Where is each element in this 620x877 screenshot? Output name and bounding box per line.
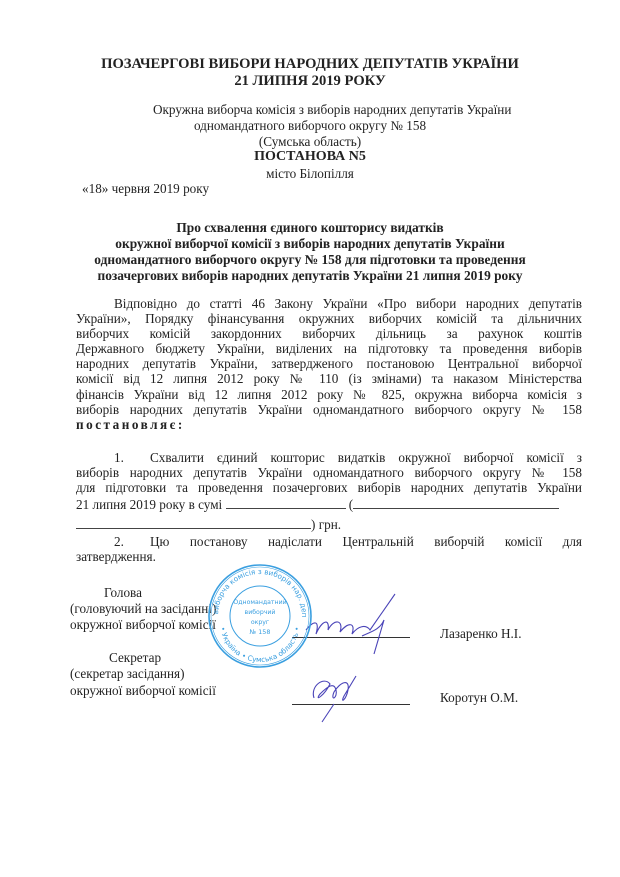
official-stamp-icon: Окружна виборча комісія з виборів нар. д… bbox=[206, 562, 314, 670]
item-text: Цю постанову надіслати Центральній вибор… bbox=[150, 534, 582, 549]
head-signature-icon bbox=[300, 590, 410, 660]
election-date-title: 21 ЛИПНЯ 2019 РОКУ bbox=[0, 73, 620, 90]
subject-line: позачергових виборів народних депутатів … bbox=[0, 268, 620, 284]
item-line: виборів народних депутатів України одном… bbox=[76, 465, 582, 480]
document-date: «18» червня 2019 року bbox=[82, 181, 209, 197]
amount-suffix: ) грн. bbox=[311, 517, 341, 532]
city: місто Білопілля bbox=[0, 166, 620, 182]
region-name: (Сумська область) bbox=[0, 134, 620, 150]
resolution-item-2: 2.Цю постанову надіслати Центральній виб… bbox=[76, 534, 582, 564]
preamble-line: комісії від 12 липня 2012 року № 110 (із… bbox=[76, 371, 582, 386]
svg-text:№ 158: № 158 bbox=[249, 628, 271, 636]
election-title: ПОЗАЧЕРГОВІ ВИБОРИ НАРОДНИХ ДЕПУТАТІВ УК… bbox=[0, 56, 620, 73]
head-subtitle: (головуючий на засіданні) bbox=[70, 601, 216, 617]
commission-name: Окружна виборча комісія з виборів народн… bbox=[153, 102, 511, 118]
amount-words-field-continued[interactable] bbox=[76, 515, 311, 529]
amount-line: 21 липня 2019 року в сумі ( bbox=[76, 495, 559, 513]
secretary-name: Коротун О.М. bbox=[440, 690, 518, 706]
district-name: одномандатного виборчого округу № 158 bbox=[0, 118, 620, 134]
secretary-signature-icon bbox=[300, 668, 380, 728]
preamble-line: фінансів України від 12 липня 2012 року … bbox=[76, 387, 582, 402]
secretary-body: окружної виборчої комісії bbox=[70, 683, 216, 699]
item-line: затвердження. bbox=[76, 549, 582, 564]
subject-line: Про схвалення єдиного кошторису видатків bbox=[0, 220, 620, 236]
item-number: 2. bbox=[114, 534, 150, 549]
amount-words-line-2: ) грн. bbox=[76, 515, 341, 533]
head-title: Голова bbox=[104, 585, 142, 601]
item-line: для підготовки та проведення позачергови… bbox=[76, 480, 582, 495]
preamble-line: виборів народних депутатів України одном… bbox=[76, 402, 582, 417]
secretary-title: Секретар bbox=[109, 650, 161, 666]
head-body: окружної виборчої комісії bbox=[70, 617, 216, 633]
amount-prefix: 21 липня 2019 року в сумі bbox=[76, 497, 222, 512]
preamble-line: Державного бюджету України, виділених на… bbox=[76, 341, 582, 356]
subject-line: одномандатного виборчого округу № 158 дл… bbox=[0, 252, 620, 268]
svg-text:виборчий: виборчий bbox=[245, 608, 276, 616]
preamble-line: Відповідно до статті 46 Закону України «… bbox=[76, 296, 582, 311]
resolution-item-1: 1.Схвалити єдиний кошторис видатків окру… bbox=[76, 450, 582, 495]
preamble-line: України», Порядку фінансування окружних … bbox=[76, 311, 582, 326]
head-name: Лазаренко Н.І. bbox=[440, 626, 522, 642]
amount-words-field[interactable] bbox=[353, 495, 559, 509]
preamble-line: виборчих комісій закордонних виборчих ді… bbox=[76, 326, 582, 341]
item-number: 1. bbox=[114, 450, 150, 465]
item-text: Схвалити єдиний кошторис видатків окружн… bbox=[150, 450, 582, 465]
preamble: Відповідно до статті 46 Закону України «… bbox=[76, 296, 582, 432]
document-type: ПОСТАНОВА N5 bbox=[0, 149, 620, 165]
item-line: 2.Цю постанову надіслати Центральній виб… bbox=[76, 534, 582, 549]
amount-value-field[interactable] bbox=[226, 495, 346, 509]
resolves-keyword: постановляє: bbox=[76, 417, 582, 432]
svg-text:Одномандатний: Одномандатний bbox=[233, 598, 286, 606]
subject-line: окружної виборчої комісії з виборів наро… bbox=[0, 236, 620, 252]
item-line: 1.Схвалити єдиний кошторис видатків окру… bbox=[76, 450, 582, 465]
preamble-line: народних депутатів України, затвердженог… bbox=[76, 356, 582, 371]
svg-text:округ: округ bbox=[251, 619, 269, 626]
secretary-subtitle: (секретар засідання) bbox=[70, 666, 185, 682]
